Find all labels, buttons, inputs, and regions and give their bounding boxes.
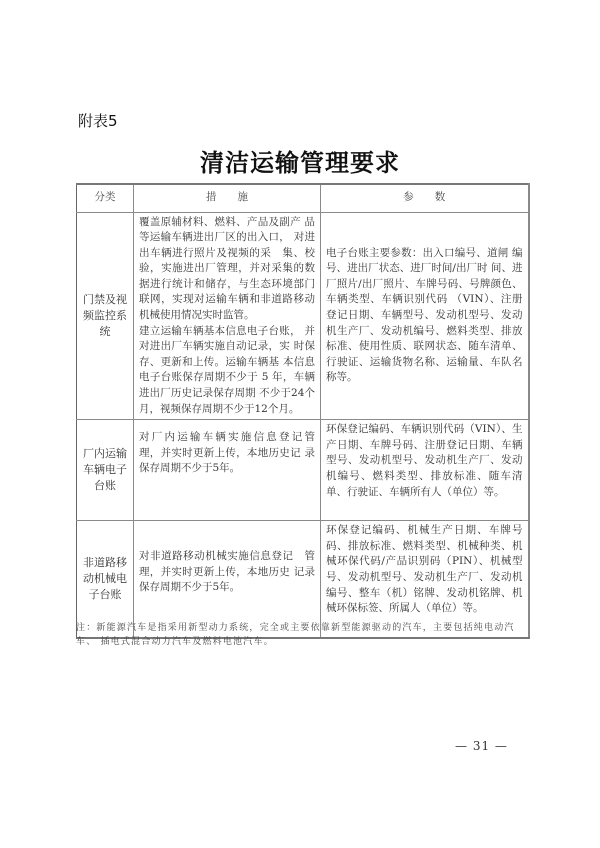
table-row: 厂内运输车辆电子台账 对厂内运输车辆实施信息登记管 理，并实时更新上传，本地历史…: [77, 420, 529, 521]
measure-paragraph: 建立运输车辆基本信息电子台账， 并对进出厂车辆实施自动记录，实 时保存、更新和上…: [139, 324, 315, 418]
header-category: 分类: [77, 184, 134, 212]
row-params: 环保登记编码、车辆识别代码（VIN）、生产日期、车牌号码、注册登记日期、车辆型号…: [321, 420, 529, 521]
header-measures: 措 施: [134, 184, 321, 212]
measure-paragraph: 覆盖原辅材料、燃料、产品及副产 品等运输车辆进出厂区的出入口， 对进出车辆进行照…: [139, 215, 315, 324]
measure-paragraph: 对厂内运输车辆实施信息登记管 理，并实时更新上传，本地历史记 录保存周期不少于5…: [139, 430, 315, 477]
row-category: 厂内运输车辆电子台账: [77, 420, 134, 521]
row-measures: 对厂内运输车辆实施信息登记管 理，并实时更新上传，本地历史记 录保存周期不少于5…: [134, 420, 321, 521]
appendix-label: 附表5: [78, 110, 118, 131]
page-title: 清洁运输管理要求: [0, 143, 600, 178]
row-measures: 覆盖原辅材料、燃料、产品及副产 品等运输车辆进出厂区的出入口， 对进出车辆进行照…: [134, 212, 321, 420]
table-header-row: 分类 措 施 参 数: [77, 184, 529, 212]
footnote: 注：新能源汽车是指采用新型动力系统，完全或主要依靠新型能源驱动的汽车，主要包括纯…: [76, 621, 528, 649]
measure-paragraph: 对非道路移动机械实施信息登记 管理，并实时更新上传，本地历史 记录保存周期不少于…: [139, 549, 315, 596]
row-params: 电子台账主要参数：出入口编号、道闸 编号、进出厂状态、进厂时间/出厂时 间、进厂…: [321, 212, 529, 420]
requirements-table: 分类 措 施 参 数 门禁及视频监控系统 覆盖原辅材料、燃料、产品及副产 品等运…: [76, 183, 530, 639]
page-number: — 31 —: [455, 739, 508, 753]
row-category: 门禁及视频监控系统: [77, 212, 134, 420]
table-row: 门禁及视频监控系统 覆盖原辅材料、燃料、产品及副产 品等运输车辆进出厂区的出入口…: [77, 212, 529, 420]
header-params: 参 数: [321, 184, 529, 212]
